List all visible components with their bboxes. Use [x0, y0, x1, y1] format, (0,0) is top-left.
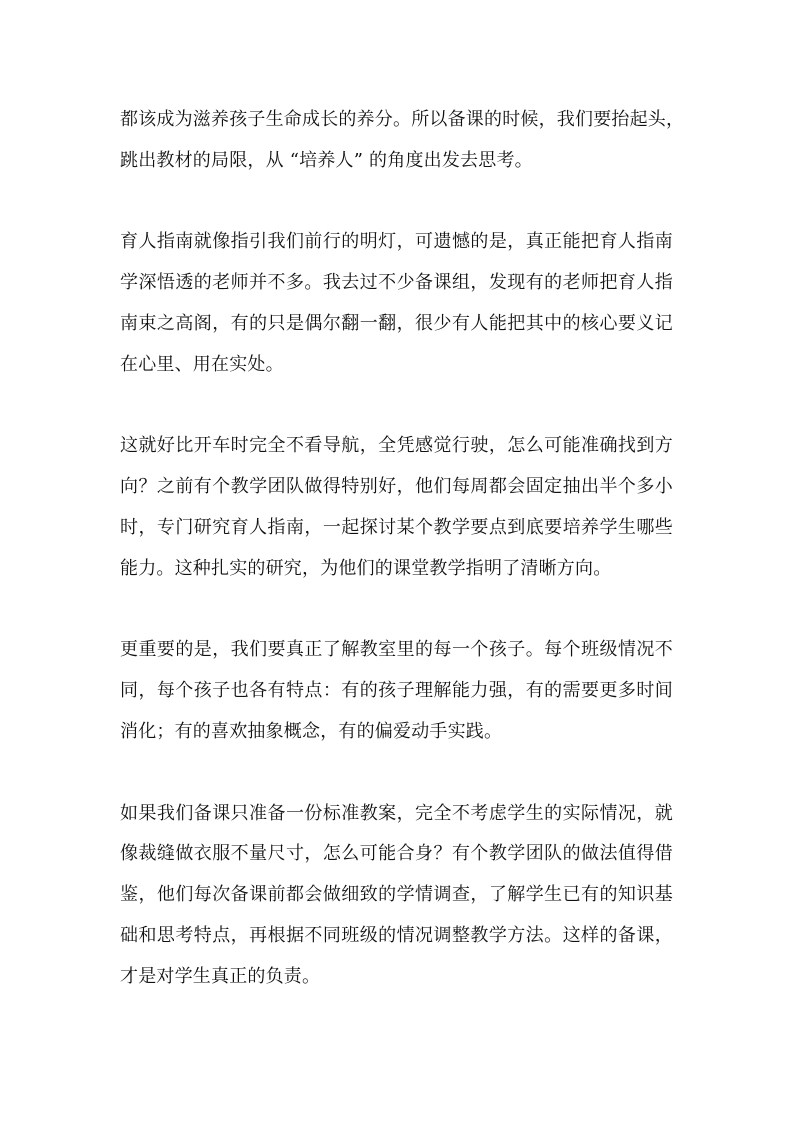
paragraph-5: 如果我们备课只准备一份标准教案，完全不考虑学生的实际情况，就 像裁缝做衣服不量尺… — [120, 794, 673, 998]
text-line: 更重要的是，我们要真正了解教室里的每一个孩子。每个班级情况不 — [120, 630, 673, 671]
text-line: 学深悟透的老师并不多。我去过不少备课组，发现有的老师把育人指 — [120, 263, 673, 304]
text-line: 时，专门研究育人指南，一起探讨某个教学要点到底要培养学生哪些 — [120, 508, 673, 549]
paragraph-4: 更重要的是，我们要真正了解教室里的每一个孩子。每个班级情况不 同，每个孩子也各有… — [120, 630, 673, 752]
text-line: 跳出教材的局限，从 “培养人” 的角度出发去思考。 — [120, 141, 673, 182]
text-line: 像裁缝做衣服不量尺寸，怎么可能合身？有个教学团队的做法值得借 — [120, 834, 673, 875]
document-page: 都该成为滋养孩子生命成长的养分。所以备课的时候，我们要抬起头， 跳出教材的局限，… — [0, 0, 793, 1122]
document-body: 都该成为滋养孩子生命成长的养分。所以备课的时候，我们要抬起头， 跳出教材的局限，… — [120, 100, 673, 998]
text-line: 能力。这种扎实的研究，为他们的课堂教学指明了清晰方向。 — [120, 549, 673, 590]
text-line: 础和思考特点，再根据不同班级的情况调整教学方法。这样的备课， — [120, 916, 673, 957]
text-line: 消化；有的喜欢抽象概念，有的偏爱动手实践。 — [120, 712, 673, 753]
paragraph-1: 都该成为滋养孩子生命成长的养分。所以备课的时候，我们要抬起头， 跳出教材的局限，… — [120, 100, 673, 182]
text-line: 这就好比开车时完全不看导航，全凭感觉行驶，怎么可能准确找到方 — [120, 426, 673, 467]
text-line: 在心里、用在实处。 — [120, 345, 673, 386]
text-line: 南束之高阁，有的只是偶尔翻一翻，很少有人能把其中的核心要义记 — [120, 304, 673, 345]
paragraph-2: 育人指南就像指引我们前行的明灯，可遗憾的是，真正能把育人指南 学深悟透的老师并不… — [120, 222, 673, 385]
text-line: 都该成为滋养孩子生命成长的养分。所以备课的时候，我们要抬起头， — [120, 100, 673, 141]
text-line: 才是对学生真正的负责。 — [120, 957, 673, 998]
text-line: 同，每个孩子也各有特点：有的孩子理解能力强，有的需要更多时间 — [120, 671, 673, 712]
text-line: 育人指南就像指引我们前行的明灯，可遗憾的是，真正能把育人指南 — [120, 222, 673, 263]
text-line: 鉴，他们每次备课前都会做细致的学情调查，了解学生已有的知识基 — [120, 875, 673, 916]
text-line: 向？之前有个教学团队做得特别好，他们每周都会固定抽出半个多小 — [120, 467, 673, 508]
paragraph-3: 这就好比开车时完全不看导航，全凭感觉行驶，怎么可能准确找到方 向？之前有个教学团… — [120, 426, 673, 589]
text-line: 如果我们备课只准备一份标准教案，完全不考虑学生的实际情况，就 — [120, 794, 673, 835]
